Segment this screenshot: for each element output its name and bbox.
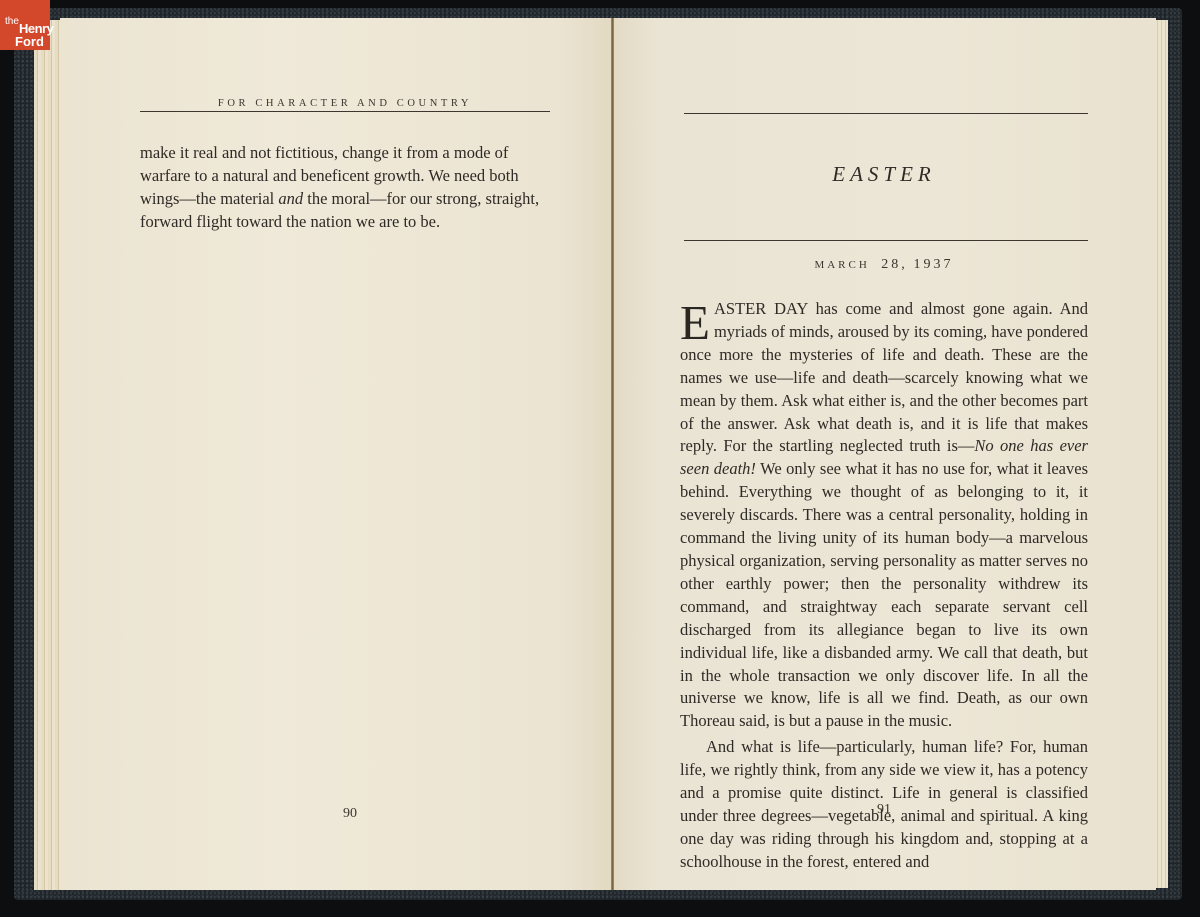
title-rule-top [684, 113, 1088, 114]
page-number-left: 90 [343, 806, 357, 822]
running-head: FOR CHARACTER AND COUNTRY [140, 98, 550, 109]
date-year: 1937 [914, 257, 954, 272]
left-paragraph: make it real and not fictitious, change … [140, 142, 554, 234]
title-rule-bottom [684, 240, 1088, 241]
date-day: 28, [881, 257, 908, 272]
page-number-right: 91 [877, 802, 891, 818]
right-page-text: EASTER DAY has come and almost gone agai… [680, 298, 1088, 874]
henry-ford-logo: the Henry Ford [0, 0, 50, 50]
logo-the: the [5, 17, 19, 27]
header-rule [140, 111, 550, 112]
chapter-date: MARCH 28, 1937 [680, 257, 1088, 273]
logo-ford: Ford [15, 35, 44, 48]
paragraph-1: EASTER DAY has come and almost gone agai… [680, 298, 1088, 733]
date-month: MARCH [814, 259, 869, 271]
left-page-text: make it real and not fictitious, change … [140, 142, 554, 234]
book-gutter [611, 18, 614, 890]
italic-emphasis: and [278, 189, 303, 208]
text-segment: We only see what it has no use for, what… [680, 459, 1088, 730]
text-segment: has come and almost gone again. And myri… [680, 299, 1088, 455]
lead-in: ASTER DAY [714, 299, 808, 318]
drop-cap: E [680, 304, 710, 342]
chapter-title: EASTER [680, 162, 1088, 187]
